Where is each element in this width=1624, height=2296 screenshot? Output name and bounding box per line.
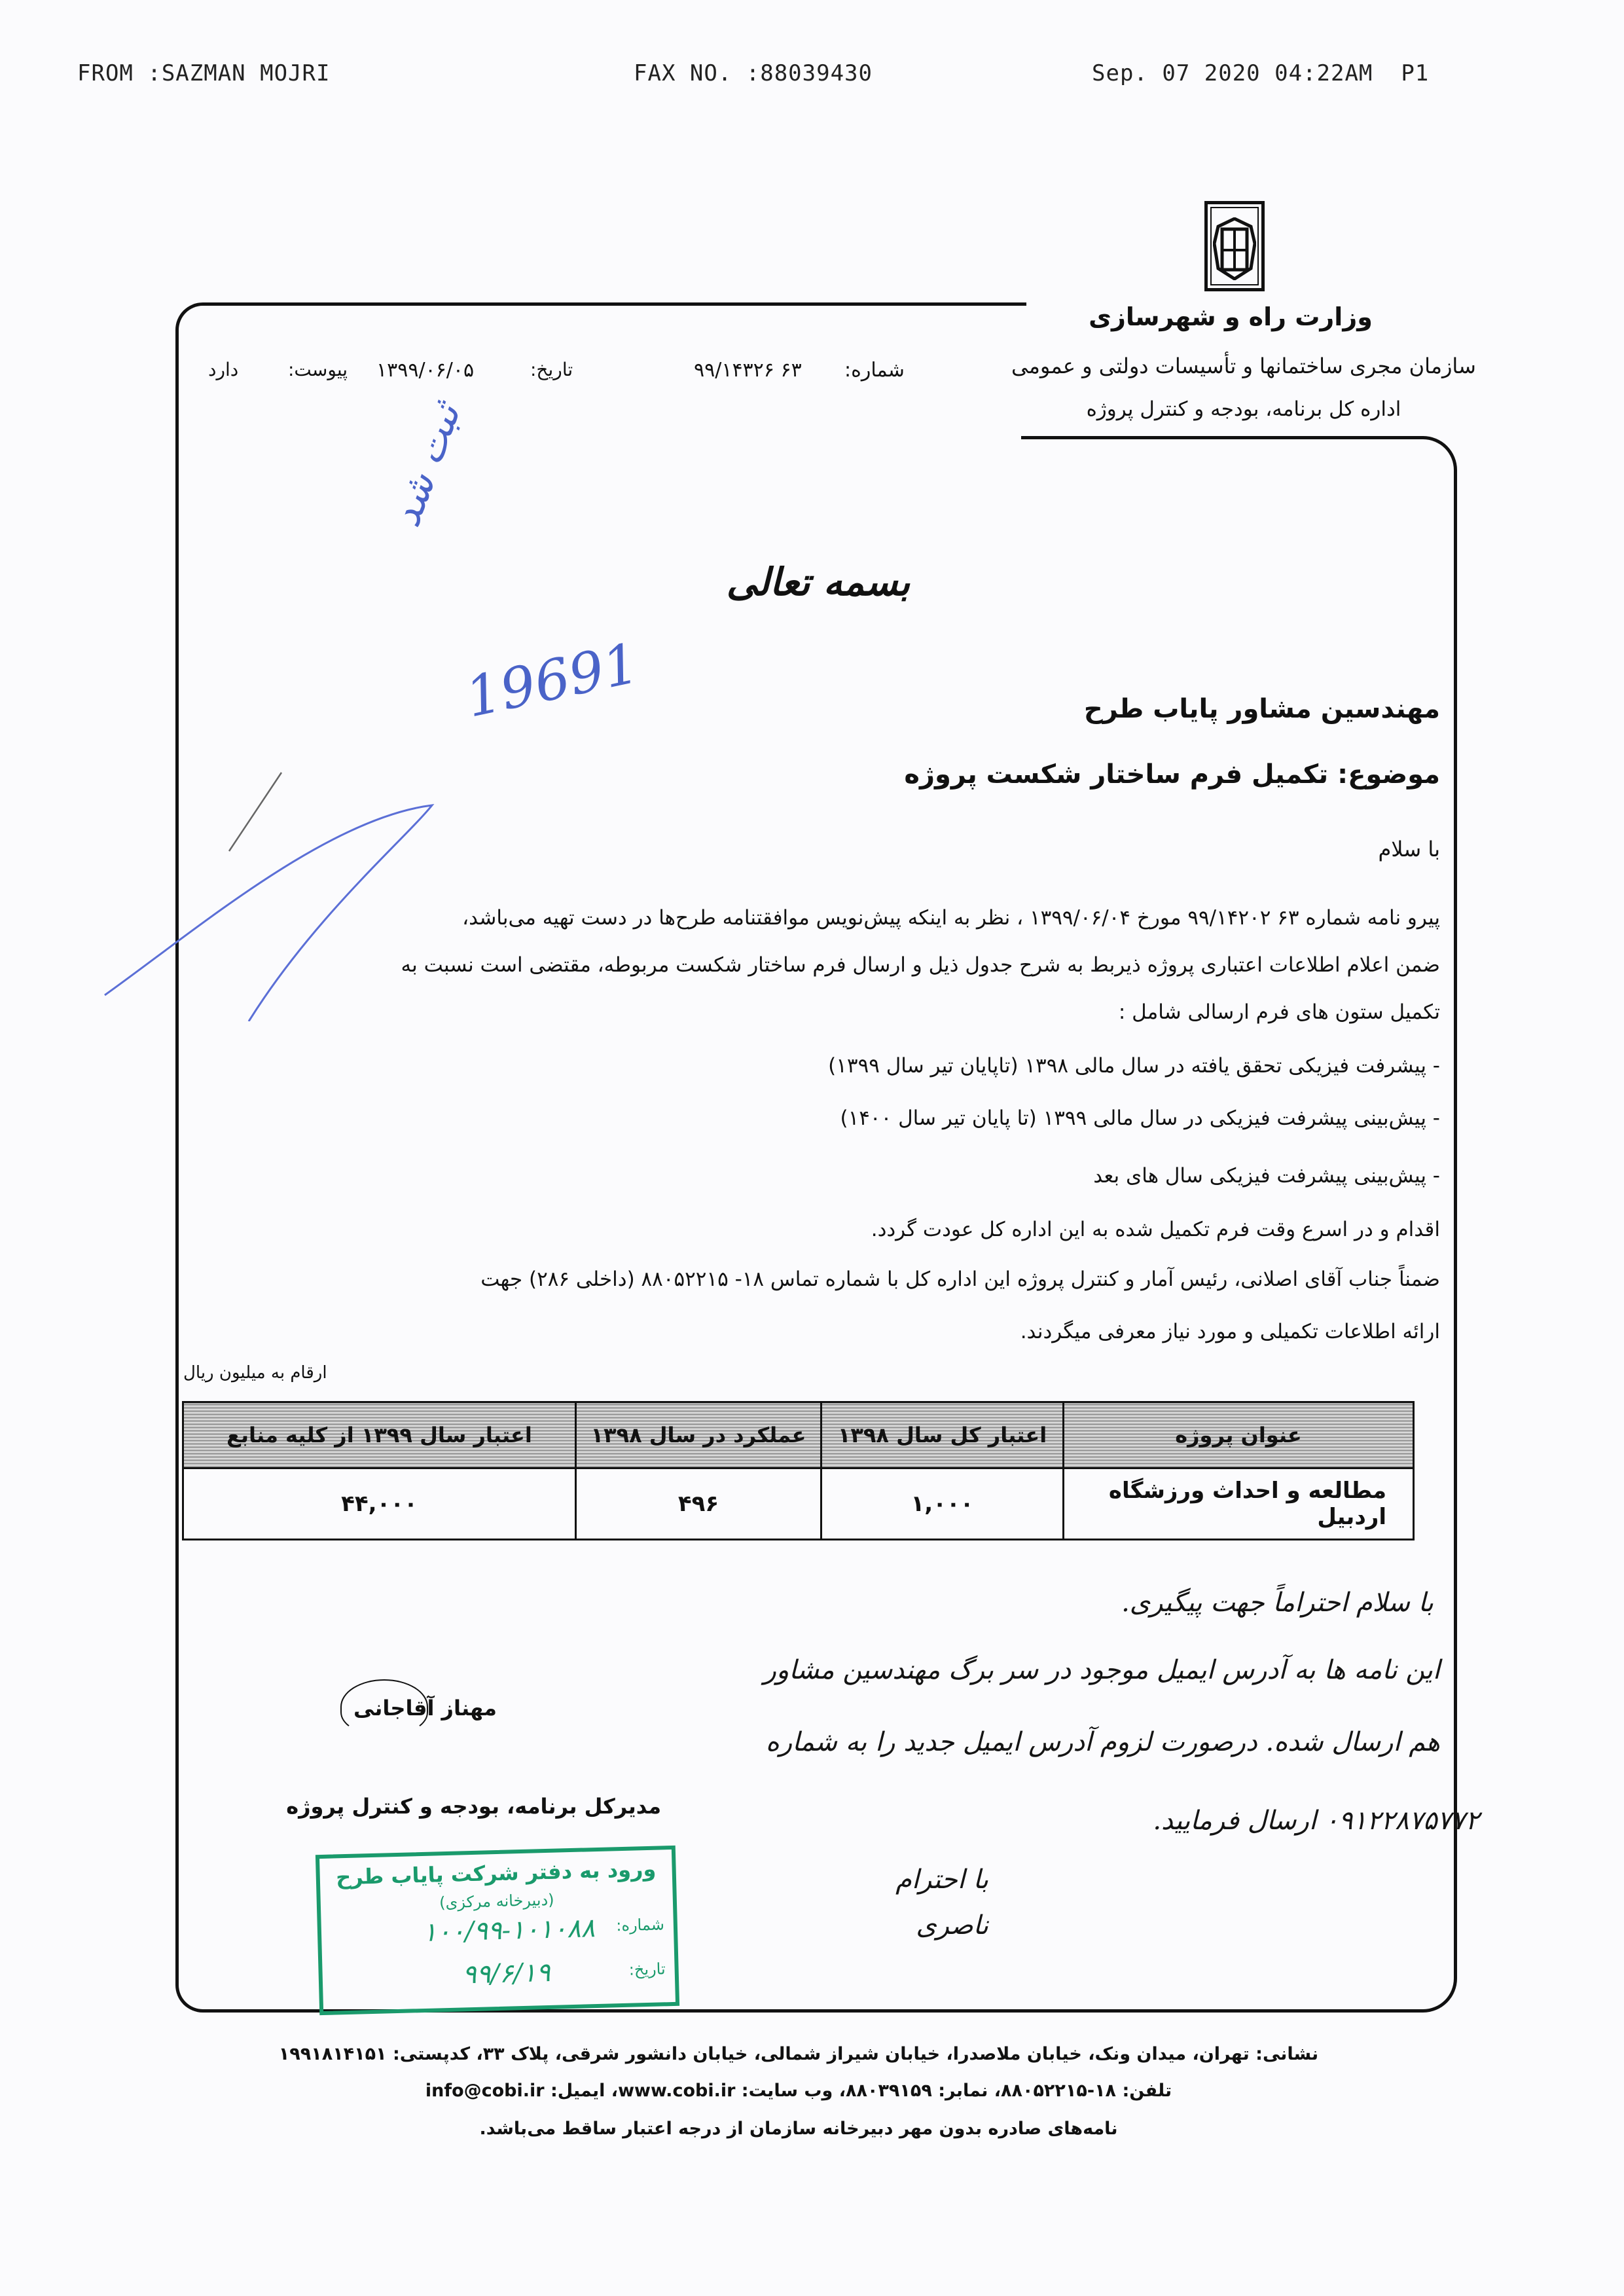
- attachment-label: پیوست:: [288, 359, 348, 380]
- footer-contact: تلفن: ۱۸-۸۸۰۵۲۲۱۵، نمابر: ۸۸۰۳۹۱۵۹، وب س…: [275, 2081, 1322, 2101]
- letter-date-label: تاریخ:: [530, 359, 573, 380]
- fax-number: FAX NO. :88039430: [634, 60, 873, 86]
- units-note: ارقام به میلیون ریال: [183, 1363, 380, 1383]
- cell-total-credit-1398: ۱,۰۰۰: [821, 1468, 1064, 1540]
- organization-name: سازمان مجری ساختمانها و تأسیسات دولتی و …: [1008, 354, 1479, 378]
- ministry-name: وزارت راه و شهرسازی: [1047, 302, 1414, 331]
- attachment-value: دارد: [208, 359, 238, 380]
- paragraph-3-line-1: ضمناً جناب آقای اصلانی، رئیس آمار و کنتر…: [236, 1267, 1440, 1291]
- fax-datetime-page: Sep. 07 2020 04:22AM P1: [1092, 60, 1429, 86]
- stamp-number-label: شماره:: [616, 1915, 664, 1935]
- handwritten-reply-line: با سلام احتراماً جهت پیگیری.: [897, 1588, 1434, 1618]
- fax-header: FROM :SAZMAN MOJRI FAX NO. :88039430 Sep…: [0, 60, 1624, 93]
- stamp-subtitle: (دبیرخانه مرکزی): [321, 1887, 674, 1915]
- header-performance-1398: عملکرد در سال ۱۳۹۸: [576, 1402, 821, 1468]
- header-project-title: عنوان پروژه: [1064, 1402, 1414, 1468]
- stamp-date: ۹۹/۶/۱۹: [462, 1958, 551, 1990]
- handwritten-reply-line: هم ارسال شده. درصورت لزوم آدرس ایمیل جدی…: [628, 1727, 1440, 1757]
- paragraph-1-line-1: پیرو نامه شماره ۶۳ ۹۹/۱۴۲۰۲ مورخ ۱۳۹۹/۰۶…: [236, 906, 1440, 930]
- cell-project-title: مطالعه و احداث ورزشگاه اردبیل: [1064, 1468, 1414, 1540]
- ministry-emblem-icon: [1204, 201, 1265, 291]
- subject-line: موضوع: تکمیل فرم ساختار شکست پروژه: [589, 759, 1440, 790]
- letter-number-label: شماره:: [844, 359, 905, 382]
- cell-credit-1399: ۴۴,۰۰۰: [183, 1468, 576, 1540]
- handwritten-closing: با احترام: [792, 1865, 988, 1895]
- footer-disclaimer: نامه‌های صادره بدون مهر دبیرخانه سازمان …: [275, 2119, 1322, 2139]
- department-name: اداره کل برنامه، بودجه و کنترل پروژه: [1060, 397, 1427, 421]
- received-stamp: ورود به دفتر شرکت پایاب طرح (دبیرخانه مر…: [316, 1846, 679, 2015]
- footer-address: نشانی: تهران، میدان ونک، خیابان ملاصدرا،…: [275, 2044, 1322, 2064]
- handwritten-sender-name: ناصری: [792, 1910, 988, 1941]
- addressee: مهندسین مشاور پایاب طرح: [785, 694, 1440, 724]
- greeting: با سلام: [1244, 837, 1440, 862]
- letter-date: ۱۳۹۹/۰۶/۰۵: [376, 359, 474, 382]
- table-header-row: عنوان پروژه اعتبار کل سال ۱۳۹۸ عملکرد در…: [183, 1402, 1414, 1468]
- paragraph-3-line-2: ارائه اطلاعات تکمیلی و مورد نیاز معرفی م…: [236, 1320, 1440, 1343]
- basmala-heading: بسمه تعالی: [720, 560, 916, 604]
- header-credit-1399: اعتبار سال ۱۳۹۹ از کلیه منابع: [183, 1402, 576, 1468]
- handwritten-reply-line: این نامه ها به آدرس ایمیل موجود در سر بر…: [628, 1655, 1440, 1685]
- signatory-name: مهناز آقاجانی: [353, 1696, 497, 1721]
- signatory-title: مدیرکل برنامه، بودجه و کنترل پروژه: [242, 1794, 661, 1819]
- letter-number: ۶۳ ۹۹/۱۴۳۲۶: [694, 359, 802, 382]
- bullet-item: - پیش‌بینی پیشرفت فیزیکی در سال مالی ۱۳۹…: [589, 1106, 1440, 1130]
- paragraph-2: اقدام و در اسرع وقت فرم تکمیل شده به این…: [236, 1218, 1440, 1241]
- bullet-item: - پیش‌بینی پیشرفت فیزیکی سال های بعد: [589, 1164, 1440, 1188]
- table-row: مطالعه و احداث ورزشگاه اردبیل ۱,۰۰۰ ۴۹۶ …: [183, 1468, 1414, 1540]
- fax-from: FROM :SAZMAN MOJRI: [77, 60, 330, 86]
- bullet-item: - پیشرفت فیزیکی تحقق یافته در سال مالی ۱…: [589, 1054, 1440, 1078]
- budget-table: عنوان پروژه اعتبار کل سال ۱۳۹۸ عملکرد در…: [182, 1401, 1415, 1540]
- stamp-number: ۱۰۰/۹۹-۱۰۱۰۸۸: [422, 1913, 595, 1948]
- stamp-date-label: تاریخ:: [628, 1959, 666, 1978]
- paragraph-1-line-3: تکمیل ستون های فرم ارسالی شامل :: [236, 1000, 1440, 1024]
- cell-performance-1398: ۴۹۶: [576, 1468, 821, 1540]
- header-total-credit-1398: اعتبار کل سال ۱۳۹۸: [821, 1402, 1064, 1468]
- handwritten-reply-line: ۰۹۱۲۲۸۷۵۷۷۲ ارسال فرمایید.: [982, 1806, 1479, 1836]
- stamp-title: ورود به دفتر شرکت پایاب طرح: [325, 1856, 667, 1890]
- paragraph-1-line-2: ضمن اعلام اطلاعات اعتباری پروژه ذیربط به…: [236, 953, 1440, 977]
